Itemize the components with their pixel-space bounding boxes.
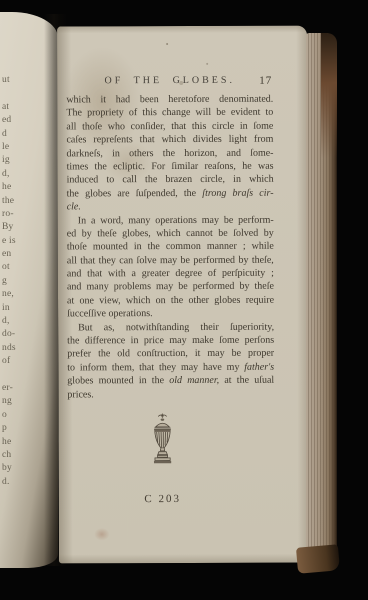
verso-fragment: ot <box>2 261 22 274</box>
text-line: Butas,notwithſtandingtheirſuperiority, <box>67 320 274 334</box>
verso-fragment <box>2 87 22 100</box>
verso-fragment: p <box>2 422 22 435</box>
text-line: whichithadbeenheretoforedenominated. <box>66 93 273 107</box>
text-line: ſucceſſive operations. <box>67 307 274 321</box>
verso-fragment: ne, <box>2 288 22 301</box>
verso-fragment: By <box>2 221 22 234</box>
verso-fragment: in <box>2 302 22 315</box>
verso-fragment: at <box>2 101 22 114</box>
verso-fragment: le <box>2 141 22 154</box>
verso-fragment: do- <box>2 328 22 341</box>
verso-fragment: of <box>2 355 22 368</box>
verso-fragment: o <box>2 409 22 422</box>
text-line: caſesrepreſentsthatwhichdivideslightfrom <box>66 133 273 147</box>
verso-fragment: ro- <box>2 208 22 221</box>
verso-fragment: ut <box>2 74 22 87</box>
verso-fragment: ng <box>2 395 22 408</box>
text-line: andmanyproblemsmaybeperformedbytheſe <box>67 280 274 294</box>
verso-fragment: er- <box>2 382 22 395</box>
text-line: Theproprietyofthischangewillbeevidentto <box>66 106 273 120</box>
verso-page-fragments: utateddleigd,hethero-Bye isenotgne,ind,d… <box>2 74 22 489</box>
verso-fragment: ed <box>2 114 22 127</box>
text-line: darkneſs,inothersthehorizon,andſome- <box>66 146 273 160</box>
urn-ornament-icon <box>149 412 175 469</box>
text-line: inducedtocallthebrazencircle,inwhich <box>67 173 274 187</box>
book-page: OF THE GLOBES. 17 whichithadbeenheretofo… <box>57 26 309 564</box>
verso-fragment: he <box>2 436 22 449</box>
verso-fragment: d. <box>2 476 22 489</box>
verso-fragment: by <box>2 462 22 475</box>
page-title: OF THE GLOBES. <box>66 75 273 87</box>
fore-edge-bottom-corner <box>296 544 340 574</box>
verso-fragment: nds <box>2 342 22 355</box>
verso-fragment: ch <box>2 449 22 462</box>
text-line: theglobesareſuſpended,theſtrongbraſscir- <box>67 186 274 200</box>
fore-edge <box>306 33 337 566</box>
text-line: edbytheſeglobes,whichcannotbeſolvedby <box>67 227 274 241</box>
page-number: 17 <box>259 75 272 87</box>
text-line: prices. <box>67 387 274 401</box>
ink-specks <box>166 43 168 45</box>
verso-fragment: en <box>2 248 22 261</box>
verso-fragment: d, <box>2 315 22 328</box>
verso-fragment: g <box>2 275 22 288</box>
fore-edge-top-stain <box>321 33 337 158</box>
text-line: cle. <box>67 200 274 214</box>
text-line: thoſemountedinthecommonmanner;while <box>67 240 274 254</box>
running-head: OF THE GLOBES. 17 <box>66 75 273 90</box>
text-line: allthoſewhoconſider,thatthiscircleinſome <box>66 119 273 133</box>
signature-mark: C 203 <box>133 493 193 505</box>
text-line: andthatwithagreaterdegreeofperſpicuity; <box>67 267 274 281</box>
text-line: thedifferenceinpricemaymakeſomeperſons <box>67 334 274 348</box>
verso-fragment: ig <box>2 154 22 167</box>
text-line: globesmountedintheoldmanner,attheuſual <box>67 374 274 388</box>
verso-fragment: the <box>2 195 22 208</box>
verso-fragment: he <box>2 181 22 194</box>
verso-fragment: d <box>2 128 22 141</box>
text-line: toinformthem,thattheymayhavemyfather's <box>67 360 274 374</box>
text-line: atoneview,whichontheotherglobesrequire <box>67 294 274 308</box>
verso-fragment: e is <box>2 235 22 248</box>
verso-fragment: d, <box>2 168 22 181</box>
text-line: timestheecliptic.Forſimilarreaſons,hewas <box>67 160 274 174</box>
book-photo: utateddleigd,hethero-Bye isenotgne,ind,d… <box>0 0 368 600</box>
page-text: whichithadbeenheretoforedenominated.Thep… <box>66 93 274 402</box>
verso-fragment <box>2 369 22 382</box>
text-line: allthattheycanſolvemaybeperformedbytheſe… <box>67 253 274 267</box>
text-line: prefertheoldconſtruction,itmaybeproper <box>67 347 274 361</box>
text-line: Inaword,manyoperationsmaybeperform- <box>67 213 274 227</box>
